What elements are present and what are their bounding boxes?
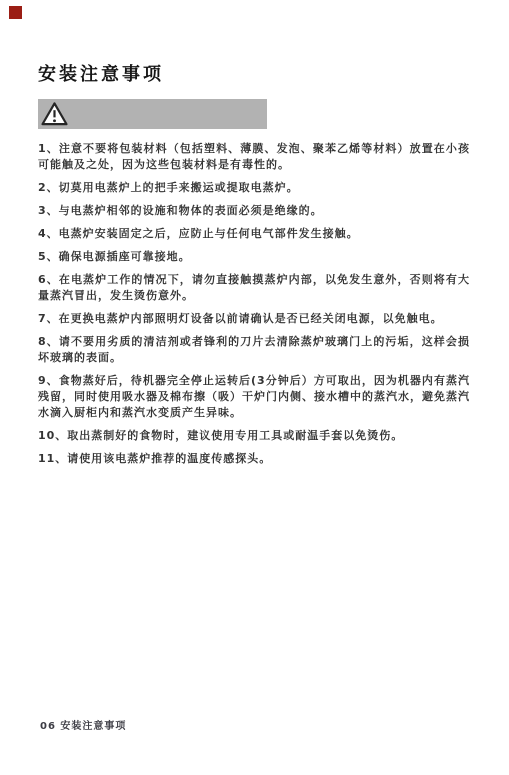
warning-banner: [38, 99, 267, 129]
red-square-marker: [9, 6, 22, 19]
precaution-item: 6、在电蒸炉工作的情况下，请勿直接触摸蒸炉内部，以免发生意外，否则将有大量蒸汽冒…: [38, 272, 470, 304]
page-title: 安装注意事项: [38, 60, 164, 86]
precautions-list: 1、注意不要将包装材料（包括塑料、薄膜、发泡、聚苯乙烯等材料）放置在小孩可能触及…: [38, 141, 470, 474]
warning-triangle-icon: [41, 101, 68, 127]
page-footer: 06 安装注意事项: [40, 717, 126, 732]
precaution-item: 10、取出蒸制好的食物时，建议使用专用工具或耐温手套以免烫伤。: [38, 428, 470, 444]
precaution-item: 4、电蒸炉安装固定之后，应防止与任何电气部件发生接触。: [38, 226, 470, 242]
manual-page: 安装注意事项 1、注意不要将包装材料（包括塑料、薄膜、发泡、聚苯乙烯等材料）放置…: [0, 0, 509, 775]
precaution-item: 1、注意不要将包装材料（包括塑料、薄膜、发泡、聚苯乙烯等材料）放置在小孩可能触及…: [38, 141, 470, 173]
precaution-item: 9、食物蒸好后，待机器完全停止运转后(3分钟后）方可取出，因为机器内有蒸汽残留，…: [38, 373, 470, 421]
precaution-item: 5、确保电源插座可靠接地。: [38, 249, 470, 265]
precaution-item: 11、请使用该电蒸炉推荐的温度传感探头。: [38, 451, 470, 467]
precaution-item: 8、请不要用劣质的清洁剂或者锋利的刀片去清除蒸炉玻璃门上的污垢，这样会损坏玻璃的…: [38, 334, 470, 366]
precaution-item: 7、在更换电蒸炉内部照明灯设备以前请确认是否已经关闭电源，以免触电。: [38, 311, 470, 327]
precaution-item: 2、切莫用电蒸炉上的把手来搬运或提取电蒸炉。: [38, 180, 470, 196]
precaution-item: 3、与电蒸炉相邻的设施和物体的表面必须是绝缘的。: [38, 203, 470, 219]
